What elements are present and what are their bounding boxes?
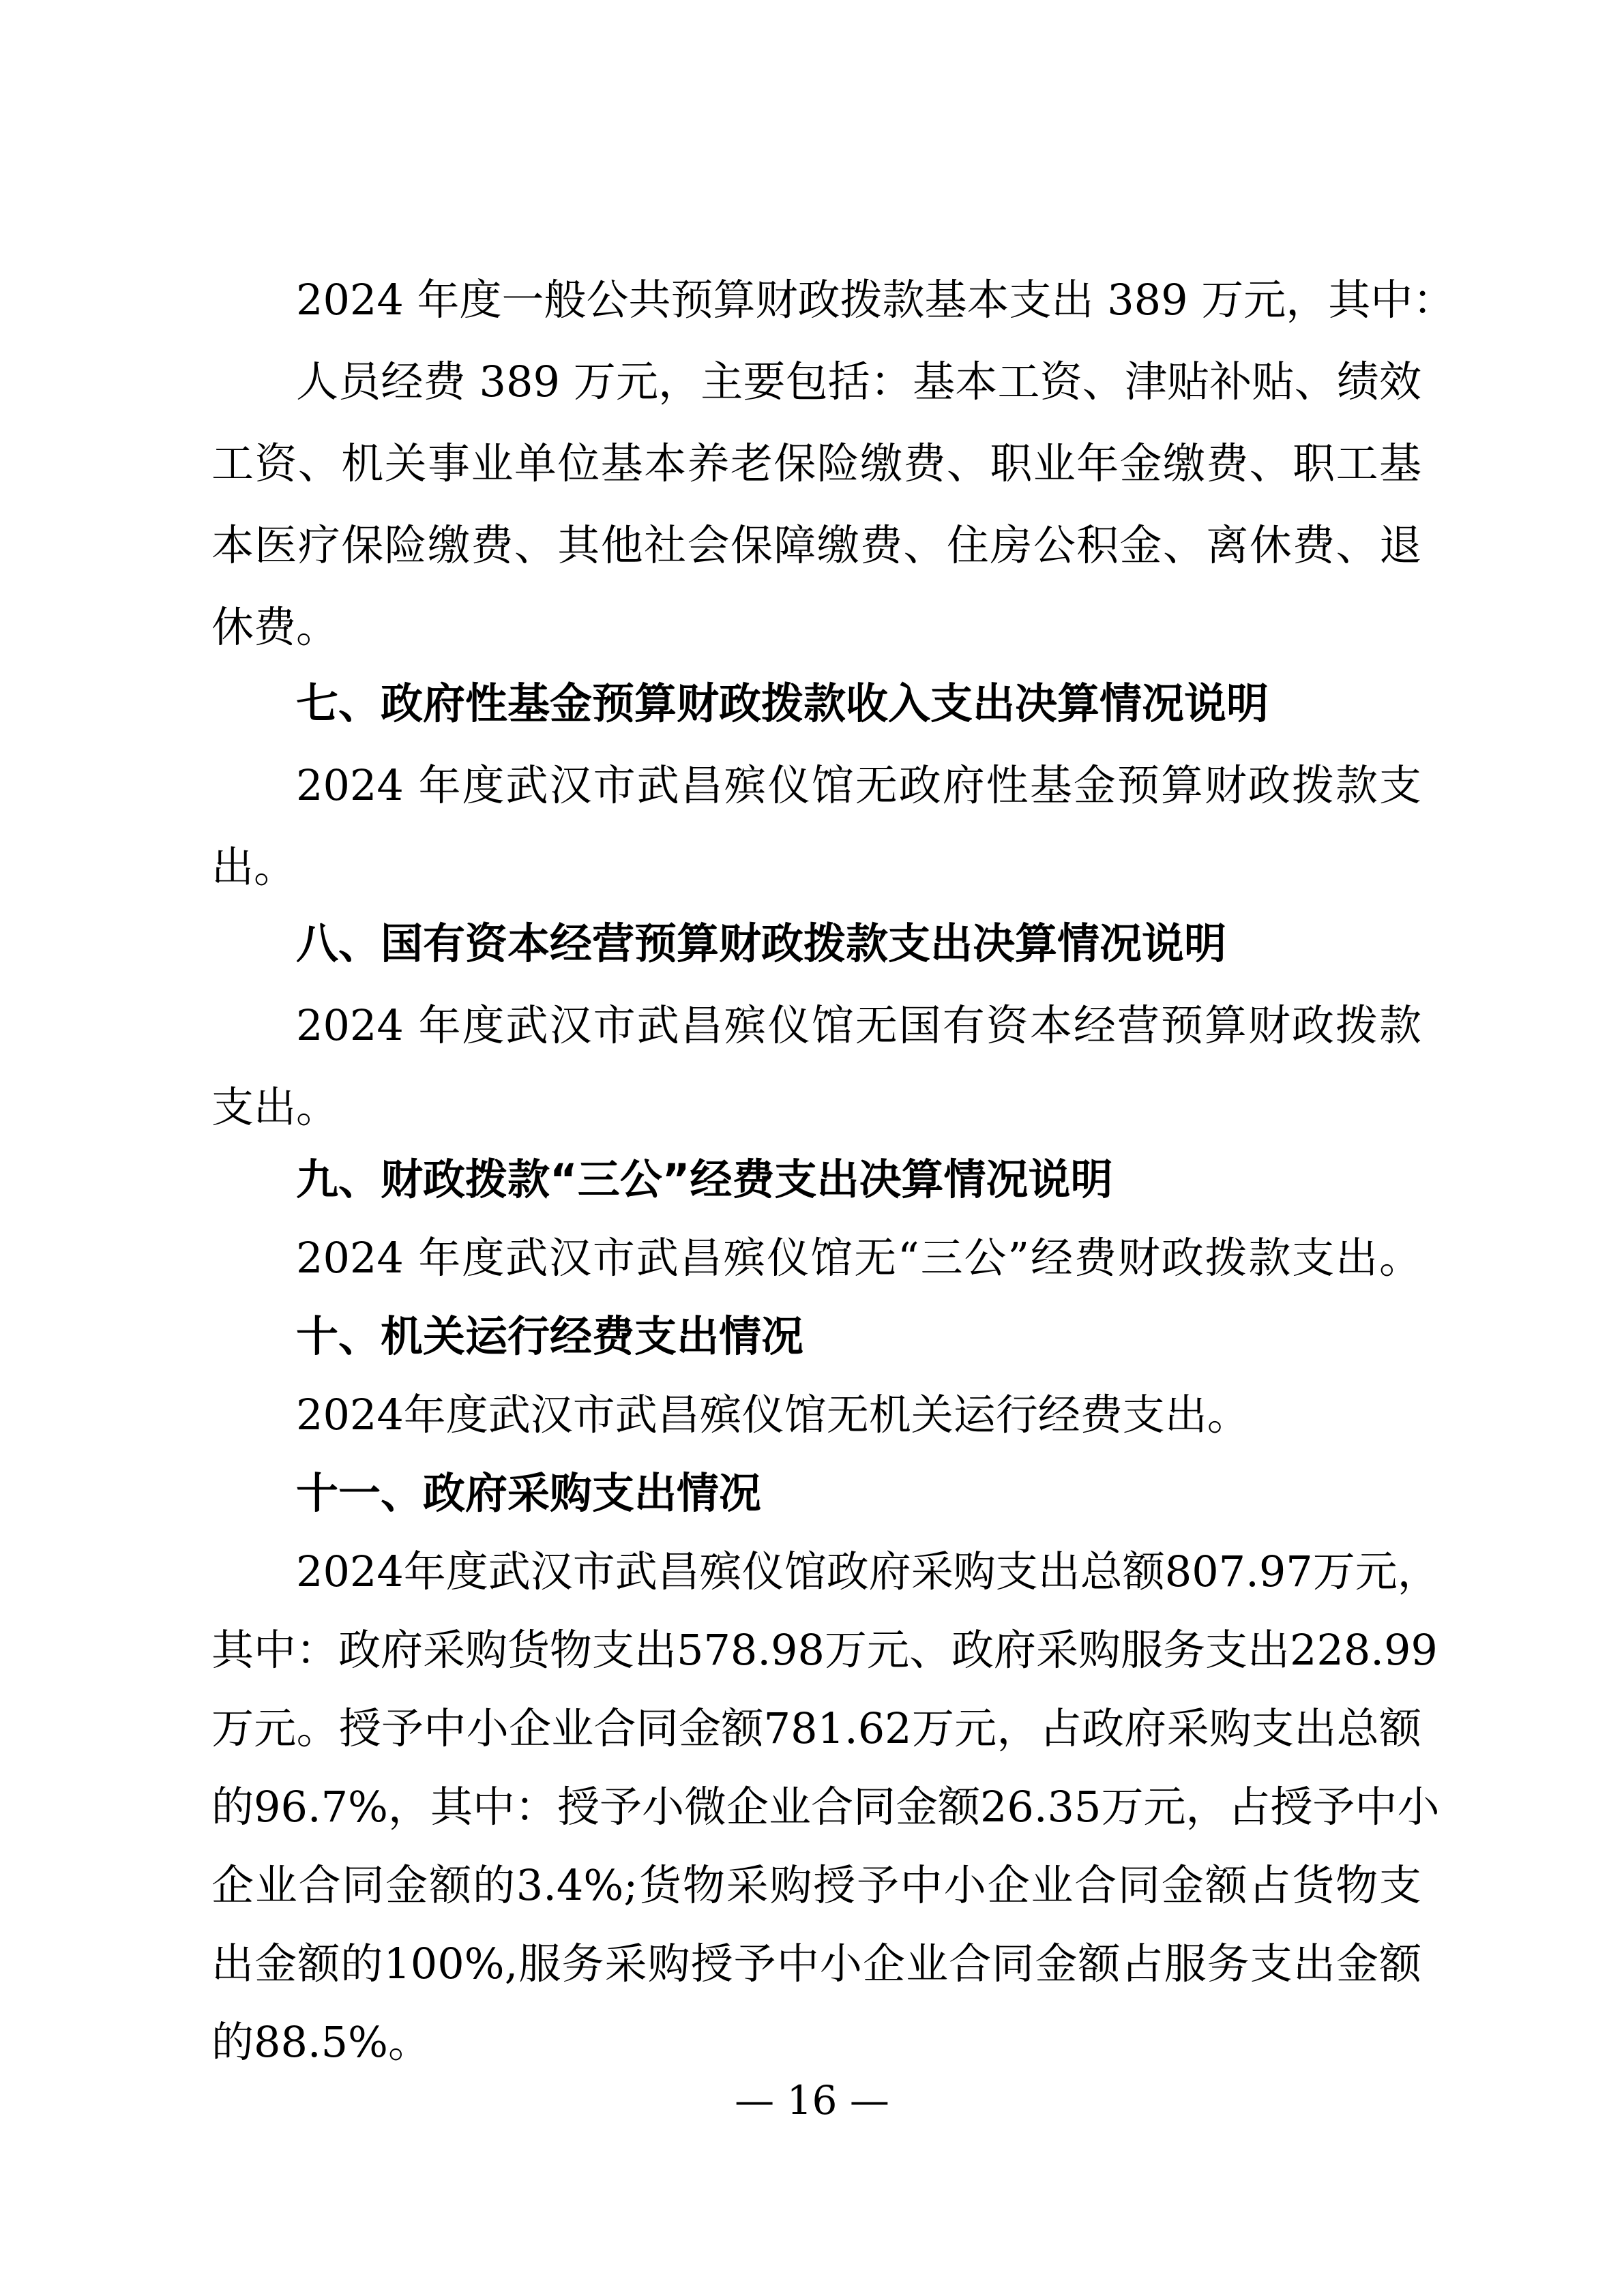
section-body-line: 2024 年度武汉市武昌殡仪馆无国有资本经营预算财政拨款 (211, 998, 1421, 1053)
section-body-line: 其中：政府采购货物支出578.98万元、政府采购服务支出228.99 (211, 1623, 1421, 1678)
section-heading-10: 十、机关运行经费支出情况 (211, 1309, 803, 1364)
section-body-line: 的96.7%，其中：授予小微企业合同金额26.35万元，占授予中小 (211, 1780, 1421, 1834)
section-body-line: 2024 年度武汉市武昌殡仪馆无“三公”经费财政拨款支出。 (211, 1231, 1421, 1285)
paragraph-line: 本医疗保险缴费、其他社会保障缴费、住房公积金、离休费、退 (211, 518, 1421, 573)
section-body-line: 2024 年度武汉市武昌殡仪馆无政府性基金预算财政拨款支 (211, 758, 1421, 813)
paragraph-line: 人员经费 389 万元，主要包括：基本工资、津贴补贴、绩效 (211, 355, 1421, 409)
paragraph-line: 工资、机关事业单位基本养老保险缴费、职业年金缴费、职工基 (211, 436, 1421, 491)
section-body-line: 出。 (211, 840, 296, 895)
section-body-line: 2024年度武汉市武昌殡仪馆无机关运行经费支出。 (211, 1388, 1250, 1442)
section-body-line: 2024年度武汉市武昌殡仪馆政府采购支出总额807.97万元， (211, 1545, 1421, 1599)
section-heading-8: 八、国有资本经营预算财政拨款支出决算情况说明 (211, 916, 1226, 971)
section-heading-7: 七、政府性基金预算财政拨款收入支出决算情况说明 (211, 676, 1269, 731)
page-number: — 16 — (0, 2076, 1624, 2124)
section-heading-9: 九、财政拨款“三公”经费支出决算情况说明 (211, 1152, 1113, 1207)
section-body-line: 企业合同金额的3.4%;货物采购授予中小企业合同金额占货物支 (211, 1858, 1421, 1913)
section-body-line: 的88.5%。 (211, 2015, 430, 2070)
section-heading-11: 十一、政府采购支出情况 (211, 1466, 761, 1521)
section-body-line: 万元。授予中小企业合同金额781.62万元，占政府采购支出总额 (211, 1701, 1421, 1756)
paragraph-line: 休费。 (211, 600, 338, 655)
section-body-line: 出金额的100%,服务采购授予中小企业合同金额占服务支出金额 (211, 1937, 1421, 1991)
paragraph-line: 2024 年度一般公共预算财政拨款基本支出 389 万元，其中： (211, 273, 1421, 327)
section-body-line: 支出。 (211, 1080, 338, 1135)
